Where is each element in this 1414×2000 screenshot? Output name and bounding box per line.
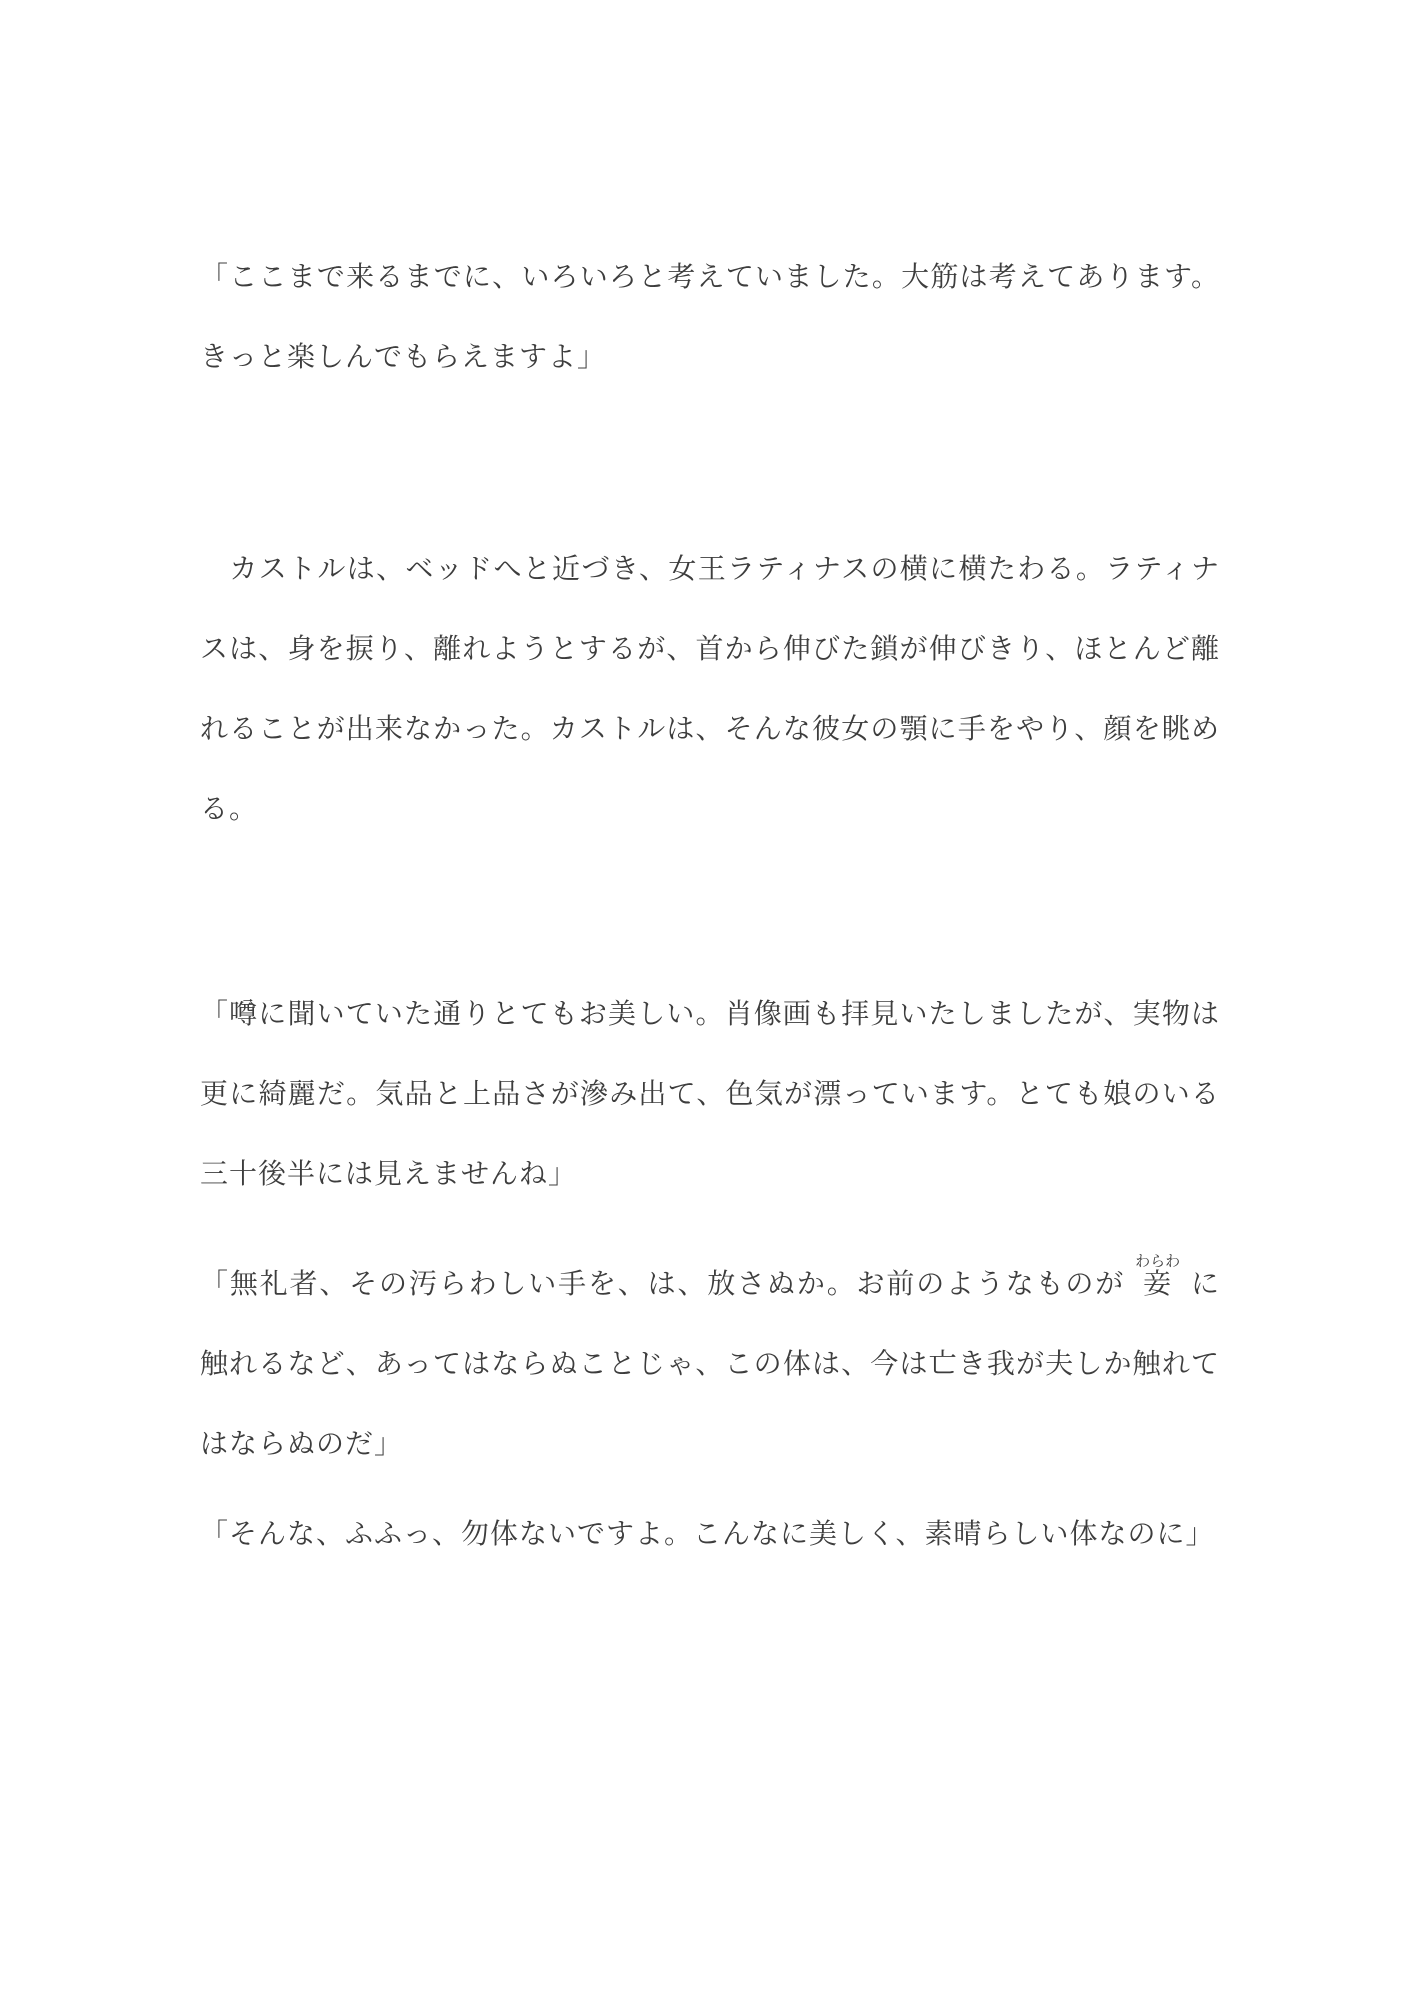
paragraph-dialogue-3: 「無礼者、その汚らわしい手を、は、放さぬか。お前のようなものが妾わらわに触れるな… <box>200 1244 1220 1484</box>
dialogue-3-before-ruby: 「無礼者、その汚らわしい手を、は、放さぬか。お前のようなものが <box>200 1268 1125 1299</box>
paragraph-dialogue-4: 「そんな、ふふっ、勿体ないですよ。こんなに美しく、素晴らしい体なのに」 <box>200 1494 1220 1574</box>
document-page: 「ここまで来るまでに、いろいろと考えていました。大筋は考えてあります。きっと楽し… <box>0 0 1414 2000</box>
paragraph-narration: カストルは、ベッドへと近づき、女王ラティナスの横に横たわる。ラティナスは、身を捩… <box>200 529 1220 849</box>
ruby-annotation: 妾わらわ <box>1142 1268 1173 1299</box>
ruby-reading-text: わらわ <box>1135 1253 1180 1270</box>
paragraph-dialogue-1: 「ここまで来るまでに、いろいろと考えていました。大筋は考えてあります。きっと楽し… <box>200 237 1220 397</box>
ruby-base-text: 妾 <box>1135 1268 1180 1299</box>
paragraph-dialogue-2: 「噂に聞いていた通りとてもお美しい。肖像画も拝見いたしましたが、実物は更に綺麗だ… <box>200 974 1220 1214</box>
